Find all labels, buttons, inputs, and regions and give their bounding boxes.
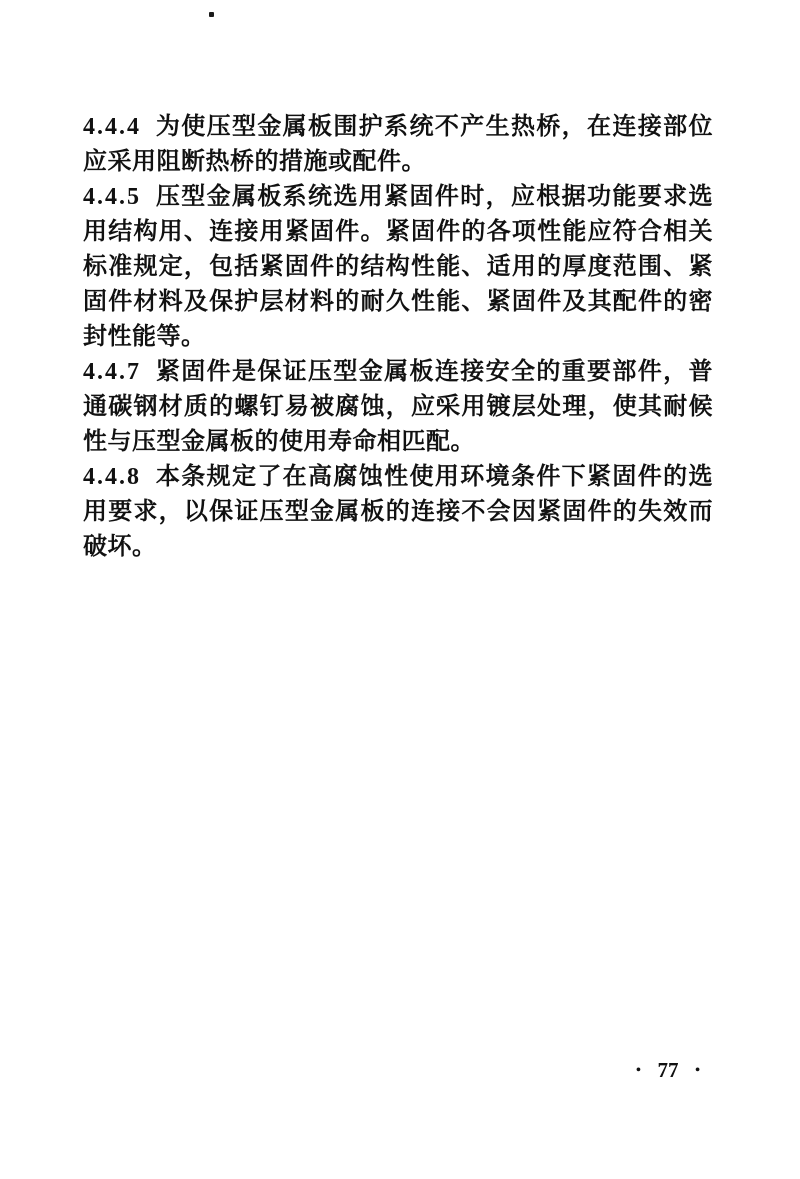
page-footer: • 77 • [636, 1058, 700, 1083]
clause-text: 紧固件是保证压型金属板连接安全的重要部件，普通碳钢材质的螺钉易被腐蚀，应采用镀层… [83, 359, 713, 455]
scan-artifact-dot [209, 12, 214, 17]
document-page: 4.4.4为使压型金属板围护系统不产生热桥，在连接部位应采用阻断热桥的措施或配件… [0, 0, 800, 1179]
clause-paragraph-4-4-8: 4.4.8本条规定了在高腐蚀性使用环境条件下紧固件的选用要求，以保证压型金属板的… [83, 460, 713, 565]
footer-dot-right: • [695, 1060, 700, 1081]
footer-dot-left: • [636, 1060, 641, 1081]
clause-paragraph-4-4-7: 4.4.7紧固件是保证压型金属板连接安全的重要部件，普通碳钢材质的螺钉易被腐蚀，… [83, 355, 713, 460]
clause-number: 4.4.7 [83, 359, 141, 385]
clause-text: 为使压型金属板围护系统不产生热桥，在连接部位应采用阻断热桥的措施或配件。 [83, 114, 713, 175]
clause-text: 压型金属板系统选用紧固件时，应根据功能要求选用结构用、连接用紧固件。紧固件的各项… [83, 184, 713, 350]
clause-number: 4.4.8 [83, 464, 141, 490]
clause-paragraph-4-4-5: 4.4.5压型金属板系统选用紧固件时，应根据功能要求选用结构用、连接用紧固件。紧… [83, 180, 713, 355]
clause-number: 4.4.4 [83, 114, 141, 140]
clause-paragraph-4-4-4: 4.4.4为使压型金属板围护系统不产生热桥，在连接部位应采用阻断热桥的措施或配件… [83, 110, 713, 180]
page-number: 77 [658, 1058, 679, 1083]
clause-number: 4.4.5 [83, 184, 141, 210]
clause-text: 本条规定了在高腐蚀性使用环境条件下紧固件的选用要求，以保证压型金属板的连接不会因… [83, 464, 713, 560]
text-block: 4.4.4为使压型金属板围护系统不产生热桥，在连接部位应采用阻断热桥的措施或配件… [83, 110, 713, 565]
